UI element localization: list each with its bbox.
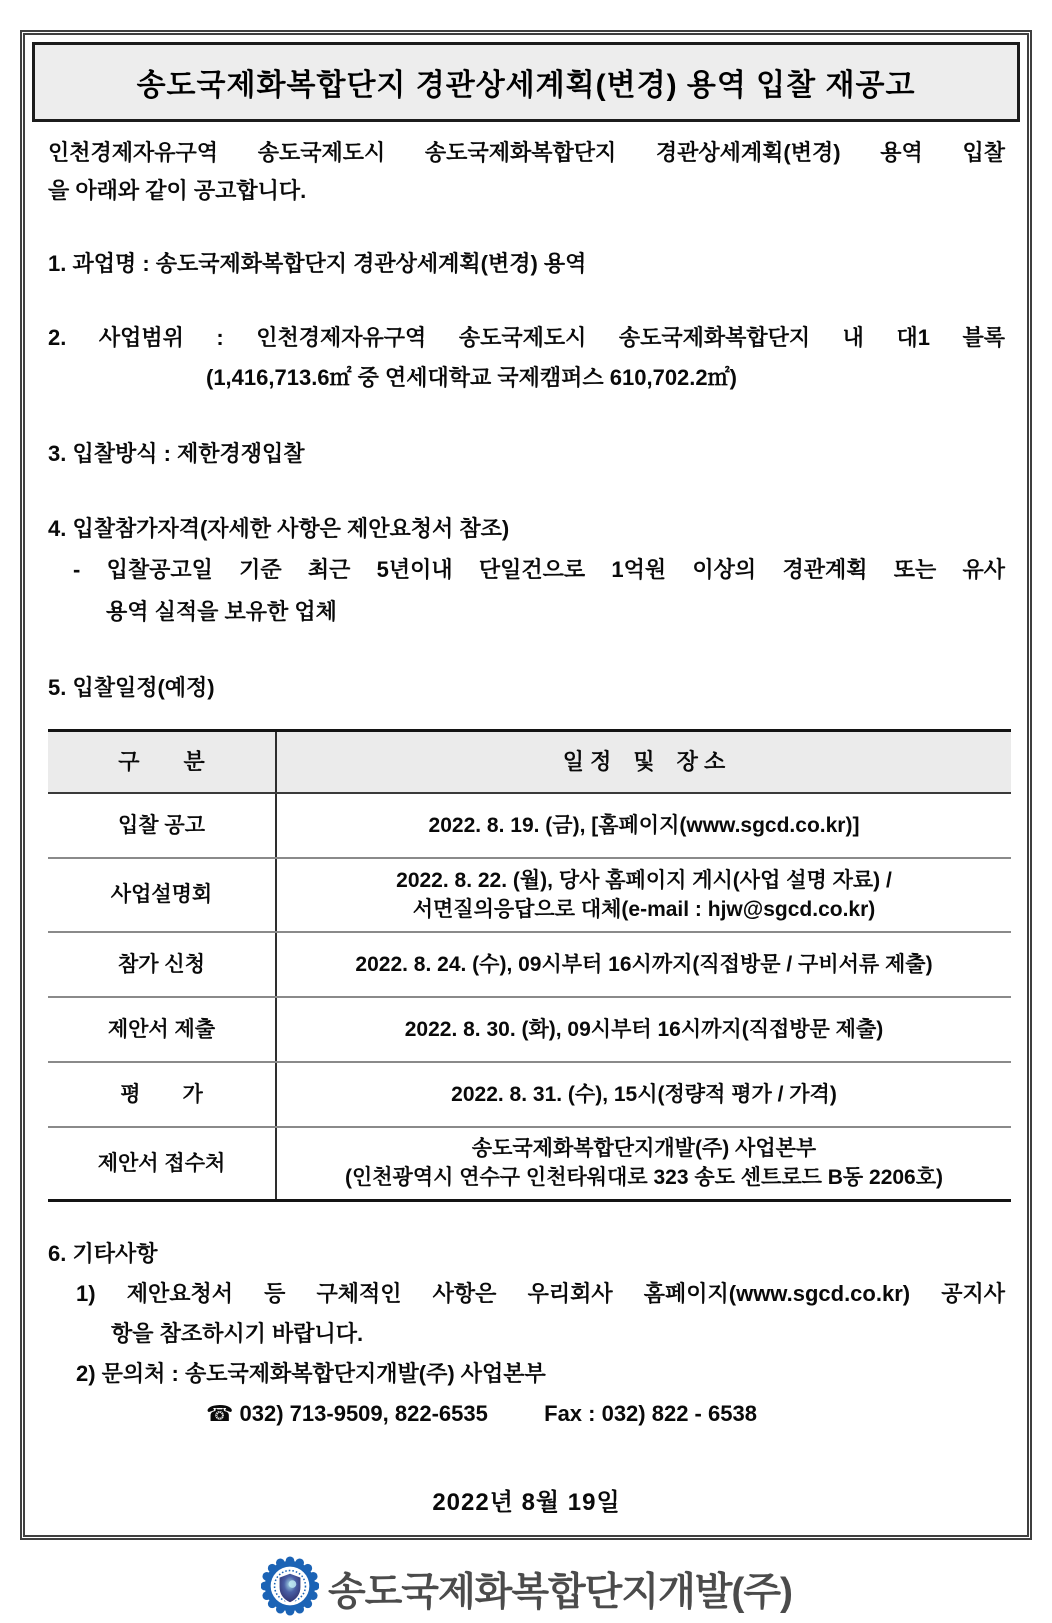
table-row-value: 2022. 8. 31. (수), 15시(정량적 평가 / 가격) [276, 1062, 1011, 1127]
table-row-value: 2022. 8. 30. (화), 09시부터 16시까지(직접방문 제출) [276, 997, 1011, 1062]
table-row-label: 평 가 [48, 1062, 276, 1127]
item-4-qualification: 4. 입찰참가자격(자세한 사항은 제안요청서 참조) - 입찰공고일 기준 최… [48, 509, 1005, 633]
item-6-1-line-2: 항을 참조하시기 바랍니다. [48, 1314, 1005, 1354]
intro-paragraph: 인천경제자유구역 송도국제도시 송도국제화복합단지 경관상세계획(변경) 용역 … [48, 134, 1005, 210]
company-name: 송도국제화복합단지개발(주) [328, 1561, 792, 1617]
fax-number: Fax : 032) 822 - 6538 [544, 1401, 757, 1426]
item-2-line-2: (1,416,713.6㎡ 중 연세대학교 국제캠퍼스 610,702.2㎡) [48, 358, 1005, 398]
table-row-label: 입찰 공고 [48, 793, 276, 858]
item-5-schedule-heading: 5. 입찰일정(예정) [48, 669, 1005, 707]
item-4-heading: 4. 입찰참가자격(자세한 사항은 제안요청서 참조) [48, 509, 1005, 549]
document-page: 송도국제화복합단지 경관상세계획(변경) 용역 입찰 재공고 인천경제자유구역 … [0, 0, 1052, 1582]
item-6-etc: 6. 기타사항 1) 제안요청서 등 구체적인 사항은 우리회사 홈페이지(ww… [48, 1234, 1005, 1434]
table-row-label: 제안서 제출 [48, 997, 276, 1062]
table-row: 평 가2022. 8. 31. (수), 15시(정량적 평가 / 가격) [48, 1062, 1011, 1127]
intro-line-1: 인천경제자유구역 송도국제도시 송도국제화복합단지 경관상세계획(변경) 용역 … [48, 134, 1005, 172]
document-date: 2022년 8월 19일 [48, 1482, 1005, 1517]
item-3-bid-method: 3. 입찰방식 : 제한경쟁입찰 [48, 435, 1005, 473]
phone-icon: ☎ [206, 1401, 233, 1426]
table-header-cell: 일 정 및 장 소 [276, 731, 1011, 793]
bid-schedule-table: 구 분일 정 및 장 소 입찰 공고2022. 8. 19. (금), [홈페이… [48, 729, 1011, 1202]
item-6-2-contact-org: 2) 문의처 : 송도국제화복합단지개발(주) 사업본부 [48, 1354, 1005, 1394]
table-row-value: 2022. 8. 24. (수), 09시부터 16시까지(직접방문 / 구비서… [276, 932, 1011, 997]
item-2-scope: 2. 사업범위 : 인천경제자유구역 송도국제도시 송도국제화복합단지 내 대1… [48, 318, 1005, 398]
item-6-1-line-1: 1) 제안요청서 등 구체적인 사항은 우리회사 홈페이지(www.sgcd.c… [48, 1274, 1005, 1314]
document-title-bar: 송도국제화복합단지 경관상세계획(변경) 용역 입찰 재공고 [32, 42, 1020, 122]
table-row: 입찰 공고2022. 8. 19. (금), [홈페이지(www.sgcd.co… [48, 793, 1011, 858]
item-4-sub-line-1: - 입찰공고일 기준 최근 5년이내 단일건으로 1억원 이상의 경관계획 또는… [48, 549, 1005, 591]
table-row-value: 송도국제화복합단지개발(주) 사업본부(인천광역시 연수구 인천타워대로 323… [276, 1127, 1011, 1201]
schedule-table-head: 구 분일 정 및 장 소 [48, 731, 1011, 793]
table-header-cell: 구 분 [48, 731, 276, 793]
schedule-table-body: 입찰 공고2022. 8. 19. (금), [홈페이지(www.sgcd.co… [48, 793, 1011, 1201]
table-row: 제안서 접수처송도국제화복합단지개발(주) 사업본부(인천광역시 연수구 인천타… [48, 1127, 1011, 1201]
table-row-label: 사업설명회 [48, 858, 276, 932]
table-row-label: 제안서 접수처 [48, 1127, 276, 1201]
contact-line: ☎ 032) 713-9509, 822-6535 Fax : 032) 822… [48, 1394, 1005, 1434]
table-row-value: 2022. 8. 19. (금), [홈페이지(www.sgcd.co.kr)] [276, 793, 1011, 858]
company-seal-icon [261, 1555, 319, 1623]
company-logo-row: 송도국제화복합단지개발(주) [48, 1555, 1005, 1623]
item-4-sub-line-2: 용역 실적을 보유한 업체 [48, 591, 1005, 633]
item-6-heading: 6. 기타사항 [48, 1234, 1005, 1274]
table-row: 참가 신청2022. 8. 24. (수), 09시부터 16시까지(직접방문 … [48, 932, 1011, 997]
item-2-line-1: 2. 사업범위 : 인천경제자유구역 송도국제도시 송도국제화복합단지 내 대1… [48, 318, 1005, 358]
document-frame: 송도국제화복합단지 경관상세계획(변경) 용역 입찰 재공고 인천경제자유구역 … [20, 30, 1032, 1540]
document-body: 인천경제자유구역 송도국제도시 송도국제화복합단지 경관상세계획(변경) 용역 … [25, 134, 1027, 1623]
intro-line-2: 을 아래와 같이 공고합니다. [48, 172, 1005, 210]
phone-number: 032) 713-9509, 822-6535 [240, 1401, 488, 1426]
document-title: 송도국제화복합단지 경관상세계획(변경) 용역 입찰 재공고 [137, 60, 916, 104]
table-row-value: 2022. 8. 22. (월), 당사 홈페이지 게시(사업 설명 자료) /… [276, 858, 1011, 932]
table-header-row: 구 분일 정 및 장 소 [48, 731, 1011, 793]
table-row-label: 참가 신청 [48, 932, 276, 997]
item-1-task-name: 1. 과업명 : 송도국제화복합단지 경관상세계획(변경) 용역 [48, 245, 1005, 283]
table-row: 제안서 제출2022. 8. 30. (화), 09시부터 16시까지(직접방문… [48, 997, 1011, 1062]
table-row: 사업설명회2022. 8. 22. (월), 당사 홈페이지 게시(사업 설명 … [48, 858, 1011, 932]
